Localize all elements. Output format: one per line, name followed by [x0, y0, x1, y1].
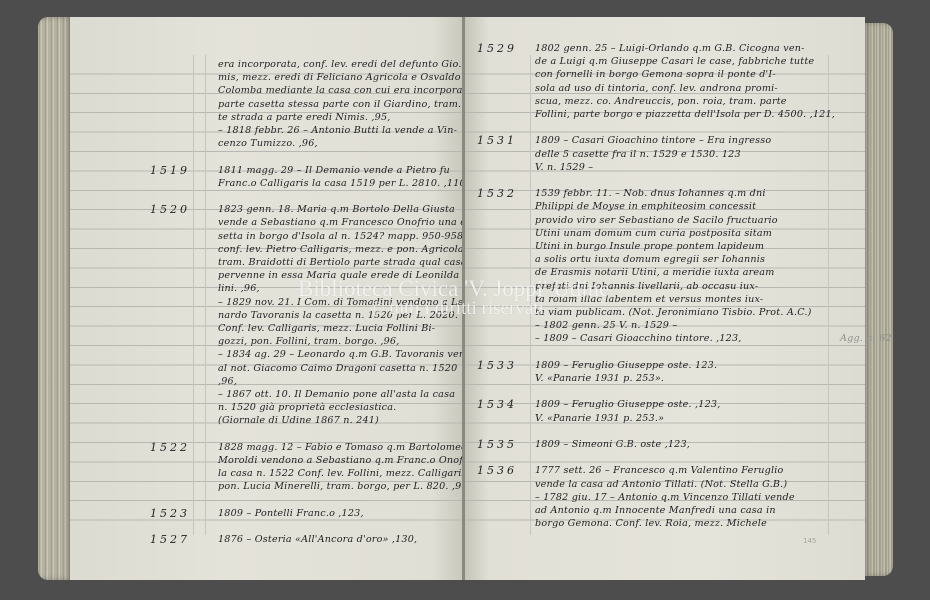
- entry-number: 1519: [150, 164, 190, 177]
- entry-line: cenzo Tumizzo. ,96,: [218, 134, 318, 153]
- entry-line: V. n. 1529 –: [535, 158, 593, 177]
- entry-line: 1809 – Pontelli Franc.o ,123,: [218, 504, 364, 523]
- left-page-edges: [38, 17, 72, 580]
- entry-line: – 1809 – Casari Gioacchino tintore. ,123…: [535, 329, 742, 348]
- entry-line: (Giornale di Udine 1867 n. 241): [218, 411, 379, 430]
- entry-number: 1531: [477, 134, 517, 147]
- entry-number: 1529: [477, 42, 517, 55]
- entry-number: 1533: [477, 359, 517, 372]
- entry-line: Franc.o Calligaris la casa 1519 per L. 2…: [218, 174, 469, 193]
- entry-number: 1527: [150, 533, 190, 546]
- entry-number: 1535: [477, 438, 517, 451]
- entry-number: 1523: [150, 507, 190, 520]
- entry-line: 1876 – Osteria «All'Ancora d'oro» ,130,: [218, 530, 417, 549]
- entry-line: 1809 – Simeoni G.B. oste ,123,: [535, 435, 690, 454]
- entry-number: 1534: [477, 398, 517, 411]
- entry-line: pon. Lucia Minerelli, tram. borgo, per L…: [218, 477, 471, 496]
- entry-line: Follini, parte borgo e piazzetta dell'Is…: [535, 105, 835, 124]
- column-rule: [205, 55, 206, 535]
- entry-line: al not. Giacomo Caimo Dragoni casetta n.…: [218, 359, 457, 378]
- entry-number: 1520: [150, 203, 190, 216]
- column-rule: [828, 55, 829, 535]
- entry-line: borgo Gemona. Conf. lev. Roia, mezz. Mic…: [535, 514, 767, 533]
- entry-line: V. «Panarie 1931 p. 253».: [535, 369, 664, 388]
- page-number: 145: [803, 537, 816, 545]
- pencil-annotation: Agg. n. 62: [840, 329, 892, 348]
- entry-number: 1536: [477, 464, 517, 477]
- column-rule: [193, 55, 194, 535]
- right-page-edges: [863, 23, 893, 576]
- entry-line: V. «Panarie 1931 p. 253.»: [535, 409, 664, 428]
- watermark-rights: © tutti i diritti riservati: [370, 298, 544, 320]
- entry-number: 1532: [477, 187, 517, 200]
- entry-number: 1522: [150, 441, 190, 454]
